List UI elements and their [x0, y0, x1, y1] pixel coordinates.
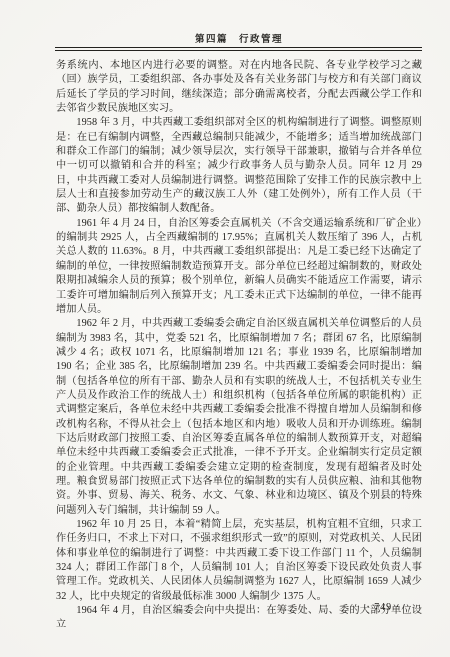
paragraph: 1958 年 3 月，中共西藏工委组织部对全区的机构编制进行了调整。调整原则是：…	[56, 116, 422, 216]
paragraph: 务系统内、本地区内进行必要的调整。对在内地各民院、各专业学校学习之藏（回）族学员…	[56, 59, 422, 116]
page-number: · 749 ·	[366, 602, 400, 613]
paragraph: 1961 年 4 月 24 日，自治区筹委会直属机关（不含交通运输系统和厂矿企业…	[56, 217, 422, 317]
running-header: 第四篇 行政管理	[56, 31, 422, 45]
paragraph: 1962 年 2 月，中共西藏工委编委会确定自治区级直属机关单位调整后的人员编制…	[56, 317, 422, 518]
book-page: 第四篇 行政管理 务系统内、本地区内进行必要的调整。对在内地各民院、各专业学校学…	[0, 0, 450, 657]
header-double-rule	[55, 47, 422, 51]
page-body: 务系统内、本地区内进行必要的调整。对在内地各民院、各专业学校学习之藏（回）族学员…	[56, 59, 422, 633]
paragraph: 1962 年 10 月 25 日，本着“精简上层，充实基层，机构宜粗不宜细，只求…	[56, 518, 422, 604]
